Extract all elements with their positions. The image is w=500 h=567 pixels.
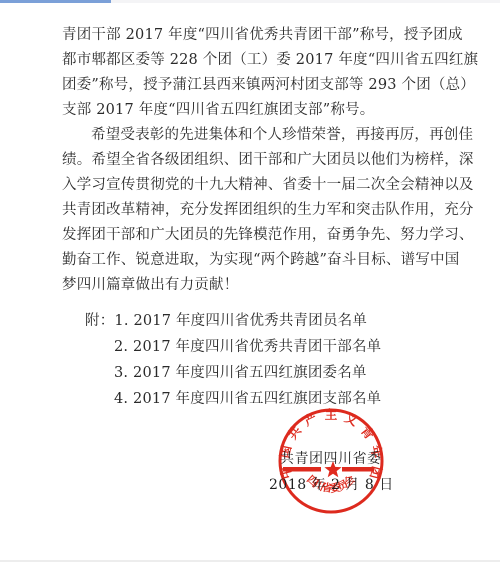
attachment-list: 附：1. 2017 年度四川省优秀共青团员名单 2. 2017 年度四川省优秀共… xyxy=(85,308,381,412)
signature-issuer: 共青团四川省委 xyxy=(280,451,382,467)
loading-progress-bar xyxy=(0,0,111,3)
signature-date: 2018 年 2 月 8 日 xyxy=(269,477,394,493)
document-page: 青团干部 2017 年度“四川省优秀共青团干部”称号，授予团成 都市郫都区委等 … xyxy=(0,0,500,567)
paragraph-line: 青团干部 2017 年度“四川省优秀共青团干部”称号，授予团成 xyxy=(62,23,444,48)
seal-right-bar xyxy=(342,467,374,472)
paragraph-line: 希望受表彰的先进集体和个人珍惜荣誉，再接再厉，再创佳 xyxy=(62,123,444,148)
page-bottom-divider xyxy=(0,560,500,562)
paragraph-line: 梦四川篇章做出有力贡献！ xyxy=(62,273,444,298)
attachment-row: 附：1. 2017 年度四川省优秀共青团员名单 xyxy=(85,308,381,334)
attachment-row: 3. 2017 年度四川省五四红旗团委名单 xyxy=(85,360,381,386)
attachment-item: 1. 2017 年度四川省优秀共青团员名单 xyxy=(114,308,367,334)
attachment-item: 2. 2017 年度四川省优秀共青团干部名单 xyxy=(114,334,381,360)
document-body: 青团干部 2017 年度“四川省优秀共青团干部”称号，授予团成 都市郫都区委等 … xyxy=(62,23,444,298)
seal-left-bar xyxy=(283,467,321,472)
paragraph-line: 团委”称号，授予蒲江县西来镇两河村团支部等 293 个团（总） xyxy=(62,73,444,98)
attachment-label: 附： xyxy=(85,308,114,334)
paragraph-line: 绩。希望全省各级团组织、团干部和广大团员以他们为榜样，深 xyxy=(62,148,444,173)
attachment-item: 3. 2017 年度四川省五四红旗团委名单 xyxy=(114,360,367,386)
paragraph-line: 共青团改革精神，充分发挥团组织的生力军和突击队作用，充分 xyxy=(62,198,444,223)
paragraph-line: 支部 2017 年度“四川省五四红旗团支部”称号。 xyxy=(62,98,444,123)
paragraph-line: 都市郫都区委等 228 个团（工）委 2017 年度“四川省五四红旗 xyxy=(62,48,444,73)
attachment-row: 2. 2017 年度四川省优秀共青团干部名单 xyxy=(85,334,381,360)
paragraph-line: 入学习宣传贯彻党的十九大精神、省委十一届二次全会精神以及 xyxy=(62,173,444,198)
paragraph-line: 勤奋工作、锐意进取，为实现“两个跨越”奋斗目标、谱写中国 xyxy=(62,248,444,273)
paragraph-line: 发挥团干部和广大团员的先锋模范作用，奋勇争先、努力学习、 xyxy=(62,223,444,248)
